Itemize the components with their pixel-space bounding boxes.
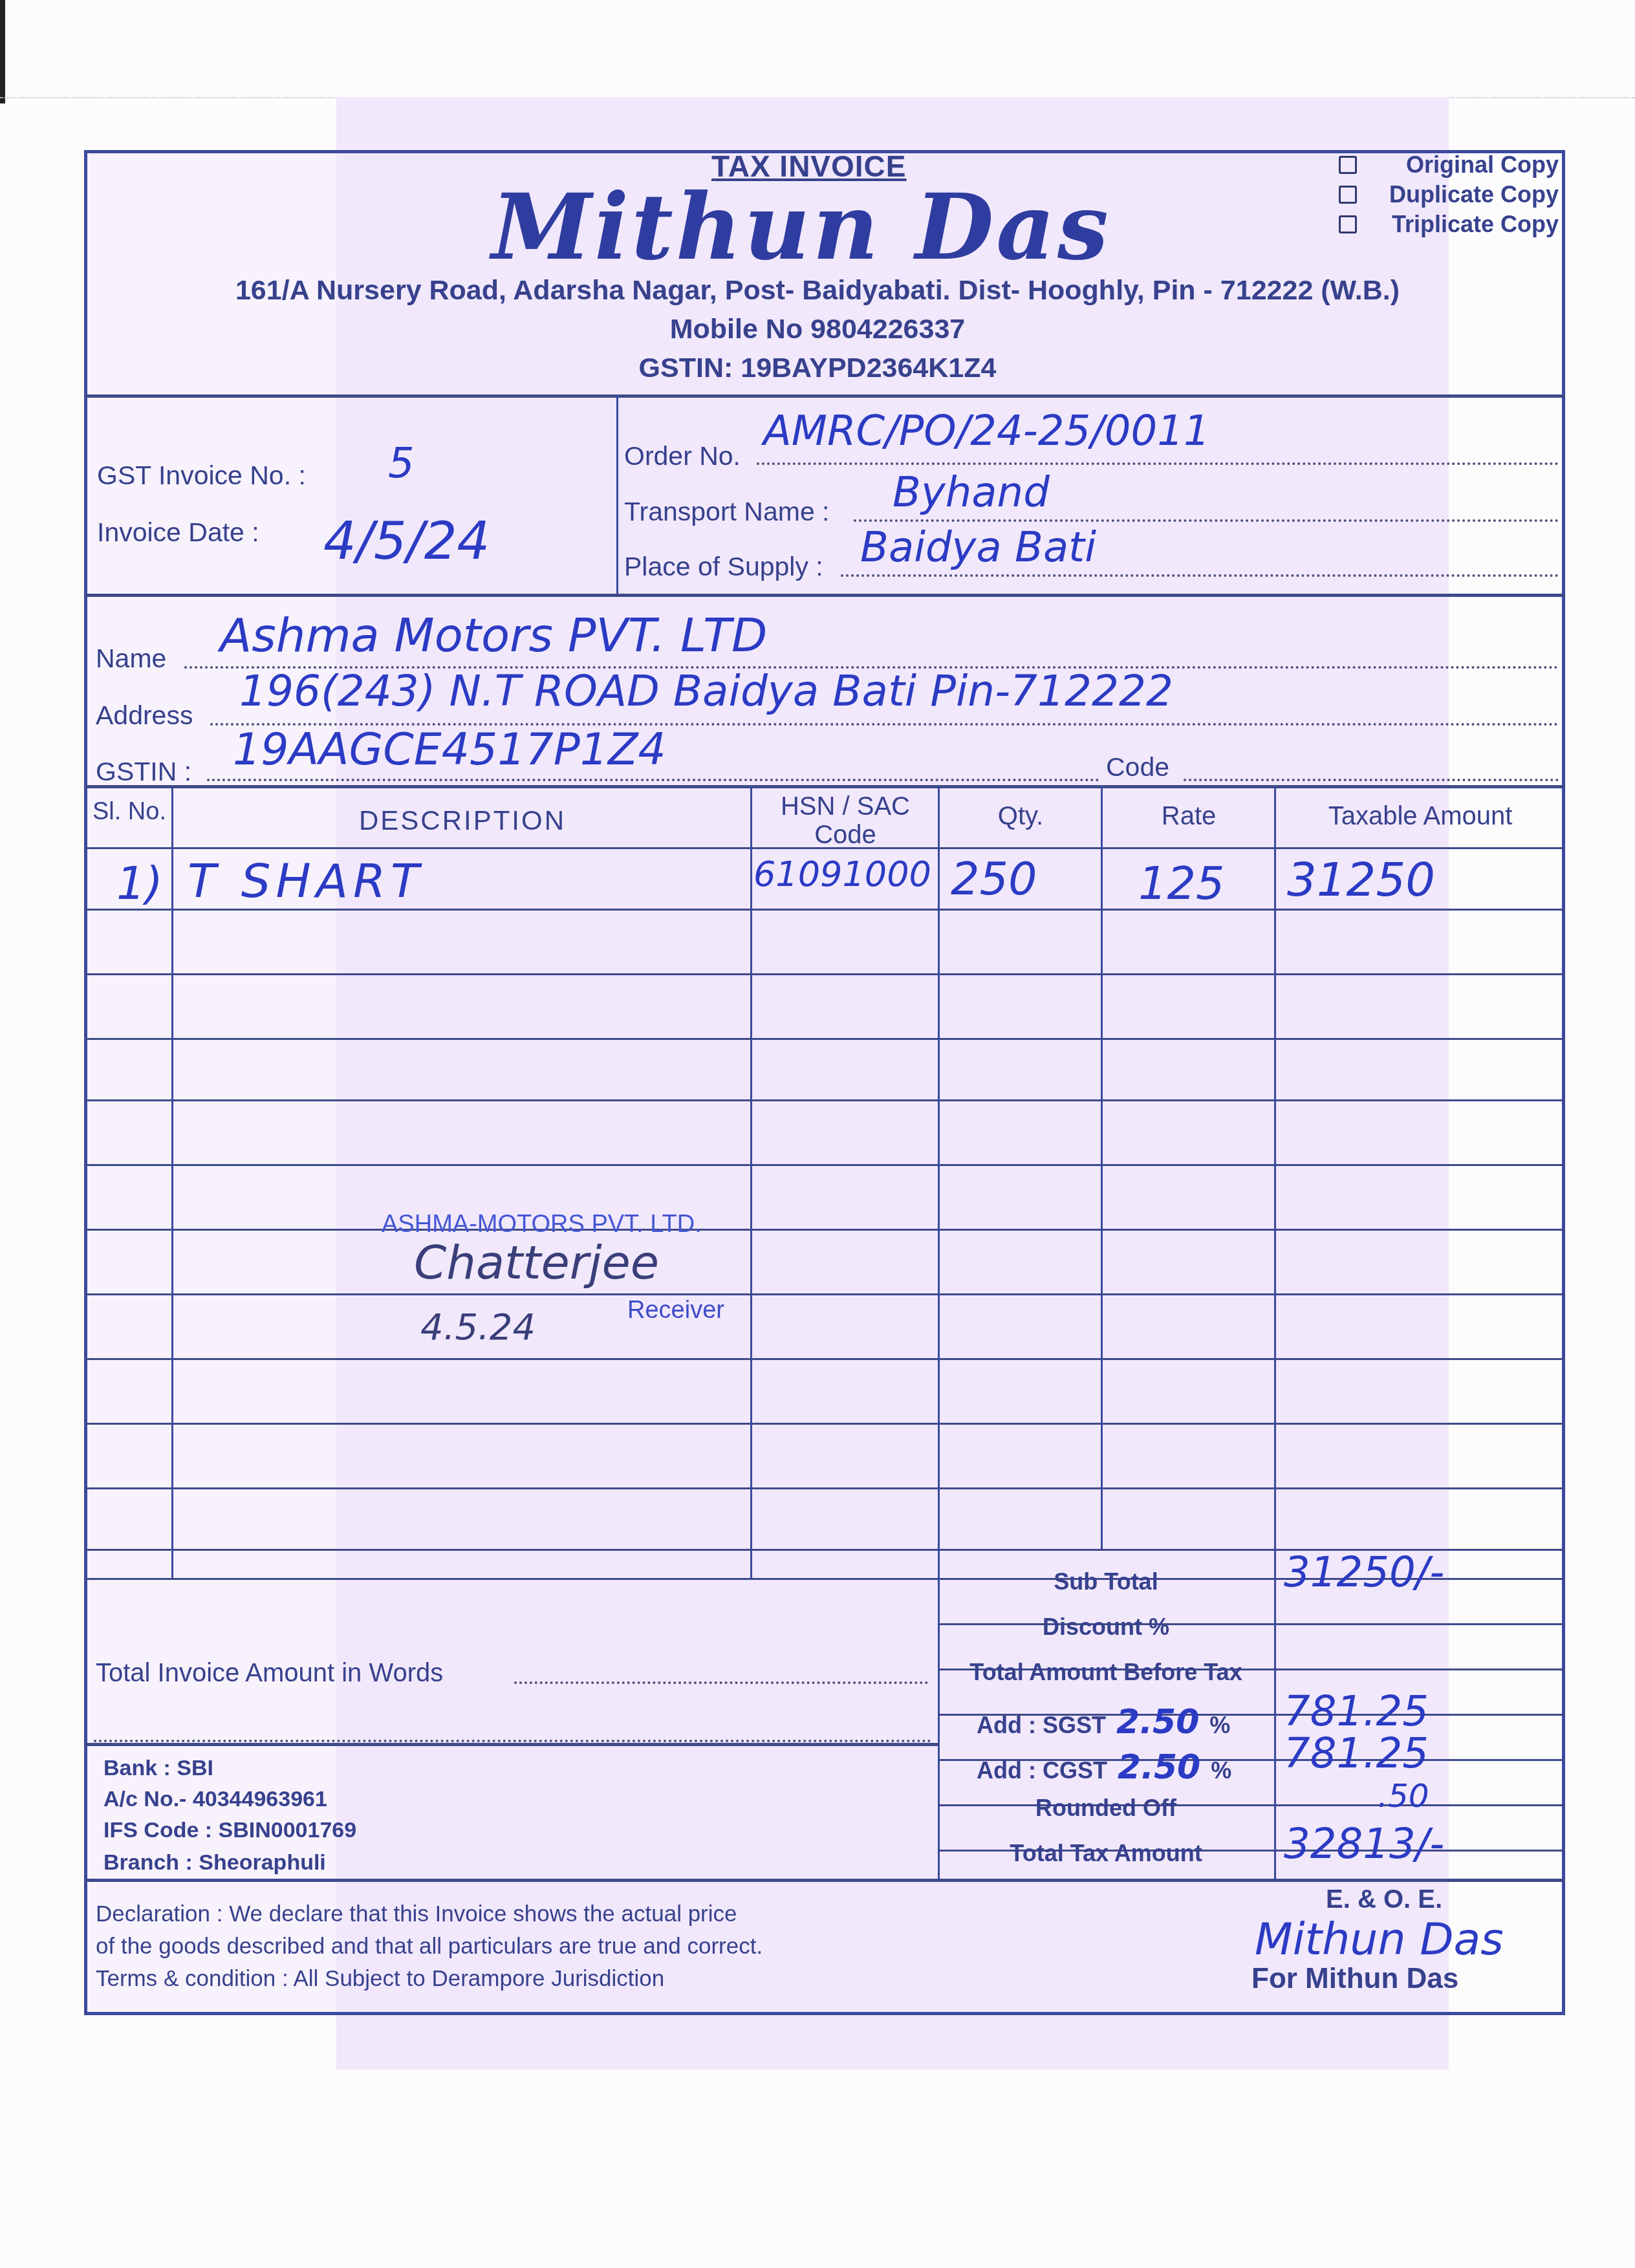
for-seller-label: For Mithun Das (1251, 1963, 1458, 1995)
grid-line (84, 909, 1565, 911)
grid-line (84, 1743, 938, 1746)
grid-line (938, 786, 940, 1879)
bank-name: Bank : SBI (103, 1756, 213, 1781)
grid-line (84, 1229, 1565, 1231)
divider (616, 396, 618, 595)
seller-signature: Mithun Das (1255, 1914, 1504, 1965)
grid-line (84, 1487, 1565, 1489)
col-header-qty: Qty. (939, 802, 1102, 831)
declaration-line-1: Declaration : We declare that this Invoi… (96, 1898, 763, 1930)
terms: Terms & condition : All Subject to Deram… (96, 1963, 763, 1995)
cgst-label: Add : CGST 2.50 % (977, 1748, 1231, 1787)
divider (84, 594, 1565, 597)
seller-address: 161/A Nursery Road, Adarsha Nagar, Post-… (0, 275, 1635, 307)
seller-gstin: GSTIN: 19BAYPD2364K1Z4 (0, 352, 1635, 384)
discount-label: Discount % (938, 1614, 1274, 1641)
rounded-off-value: .50 (1378, 1777, 1429, 1815)
item-amount: 31250 (1287, 852, 1435, 907)
sgst-label-text: Add : SGST (977, 1712, 1106, 1738)
grid-line (84, 1099, 1565, 1101)
invoice-no-value: 5 (388, 440, 415, 488)
item-description: T SHART (188, 854, 424, 908)
divider (84, 394, 1565, 398)
code-label: Code (1106, 752, 1169, 783)
sgst-value: 781.25 (1284, 1688, 1429, 1736)
dotted-line (841, 574, 1559, 577)
transport-value: Byhand (893, 469, 1050, 517)
grid-line (84, 1358, 1565, 1360)
sub-total-value: 31250/- (1284, 1549, 1444, 1597)
cgst-label-text: Add : CGST (977, 1757, 1107, 1784)
item-rate: 125 (1138, 857, 1225, 910)
sgst-rate: 2.50 (1116, 1703, 1199, 1742)
copy-option-triplicate[interactable]: Triplicate Copy (1339, 210, 1559, 239)
grid-line (84, 1423, 1565, 1425)
buyer-name-label: Name (96, 643, 166, 674)
place-label: Place of Supply : (624, 552, 823, 582)
grid-line (84, 973, 1565, 975)
checkbox-icon[interactable] (1339, 186, 1357, 204)
copy-option-original[interactable]: Original Copy (1339, 150, 1559, 180)
copy-label: Original Copy (1406, 151, 1559, 178)
col-header-description: DESCRIPTION (175, 805, 750, 836)
invoice-no-label: GST Invoice No. : (97, 460, 306, 491)
grid-line (84, 1879, 1565, 1882)
cgst-value: 781.25 (1284, 1730, 1429, 1778)
order-no-value: AMRC/PO/24-25/0011 (763, 407, 1210, 455)
before-tax-label: Total Amount Before Tax (938, 1659, 1274, 1686)
grid-line (84, 1164, 1565, 1166)
invoice-date-value: 4/5/24 (323, 511, 490, 571)
total-tax-label: Total Tax Amount (938, 1840, 1274, 1867)
item-hsn: 61091000 (753, 854, 931, 894)
grid-line (1101, 786, 1103, 1550)
item-qty: 250 (951, 852, 1037, 905)
copy-label: Triplicate Copy (1392, 211, 1559, 238)
dotted-line (94, 1740, 931, 1742)
order-no-label: Order No. (624, 441, 741, 471)
copy-options: Original Copy Duplicate Copy Triplicate … (1339, 150, 1559, 239)
dotted-line (757, 462, 1559, 465)
sgst-pct: % (1209, 1712, 1230, 1738)
col-header-hsn: HSN / SAC Code (752, 792, 939, 849)
receiver-stamp-company: ASHMA-MOTORS PVT. LTD. (382, 1211, 702, 1238)
declaration: Declaration : We declare that this Invoi… (96, 1898, 763, 1995)
receiver-signature: Chatterjee (414, 1235, 659, 1290)
grid-line (750, 786, 752, 1578)
col-header-rate: Rate (1102, 802, 1275, 831)
rounded-off-label: Rounded Off (938, 1795, 1274, 1822)
grid-line (84, 1293, 1565, 1295)
seller-name: Mithun Das (492, 175, 1111, 281)
transport-label: Transport Name : (624, 497, 829, 527)
copy-label: Duplicate Copy (1389, 181, 1559, 208)
place-value: Baidya Bati (860, 524, 1096, 572)
sub-total-label: Sub Total (938, 1568, 1274, 1595)
amount-in-words-label: Total Invoice Amount in Words (96, 1659, 443, 1688)
buyer-name-value: Ashma Motors PVT. LTD (220, 608, 768, 662)
grid-line (84, 1038, 1565, 1040)
buyer-address-label: Address (96, 700, 193, 731)
receiver-date: 4.5.24 (420, 1306, 536, 1348)
cgst-rate: 2.50 (1118, 1748, 1200, 1787)
dotted-line (207, 779, 1099, 781)
receiver-label: Receiver (627, 1297, 724, 1324)
invoice-date-label: Invoice Date : (97, 517, 259, 548)
eoe-label: E. & O. E. (1326, 1885, 1442, 1914)
bank-ifsc: IFS Code : SBIN0001769 (103, 1818, 356, 1843)
bank-account: A/c No.- 40344963961 (103, 1787, 327, 1812)
dotted-line (1184, 779, 1559, 781)
bank-branch: Branch : Sheoraphuli (103, 1850, 326, 1875)
scan-edge-mark (0, 0, 5, 103)
dotted-line (514, 1681, 928, 1684)
checkbox-icon[interactable] (1339, 156, 1357, 174)
sgst-label: Add : SGST 2.50 % (977, 1703, 1230, 1742)
copy-option-duplicate[interactable]: Duplicate Copy (1339, 180, 1559, 210)
total-tax-value: 32813/- (1284, 1820, 1444, 1868)
buyer-gstin-value: 19AAGCE4517P1Z4 (233, 724, 666, 775)
divider (84, 785, 1565, 788)
col-header-sl: Sl. No. (87, 799, 171, 825)
grid-line (84, 847, 1565, 849)
cgst-pct: % (1211, 1757, 1231, 1784)
buyer-gstin-label: GSTIN : (96, 757, 191, 787)
seller-mobile: Mobile No 9804226337 (0, 314, 1635, 345)
checkbox-icon[interactable] (1339, 215, 1357, 233)
dotted-line (854, 519, 1559, 522)
buyer-address-value: 196(243) N.T ROAD Baidya Bati Pin-712222 (239, 666, 1173, 716)
item-sl: 1) (116, 857, 163, 910)
col-header-amount: Taxable Amount (1275, 802, 1565, 831)
declaration-line-2: of the goods described and that all part… (96, 1930, 763, 1963)
grid-line (1274, 786, 1276, 1879)
grid-line (171, 786, 173, 1578)
